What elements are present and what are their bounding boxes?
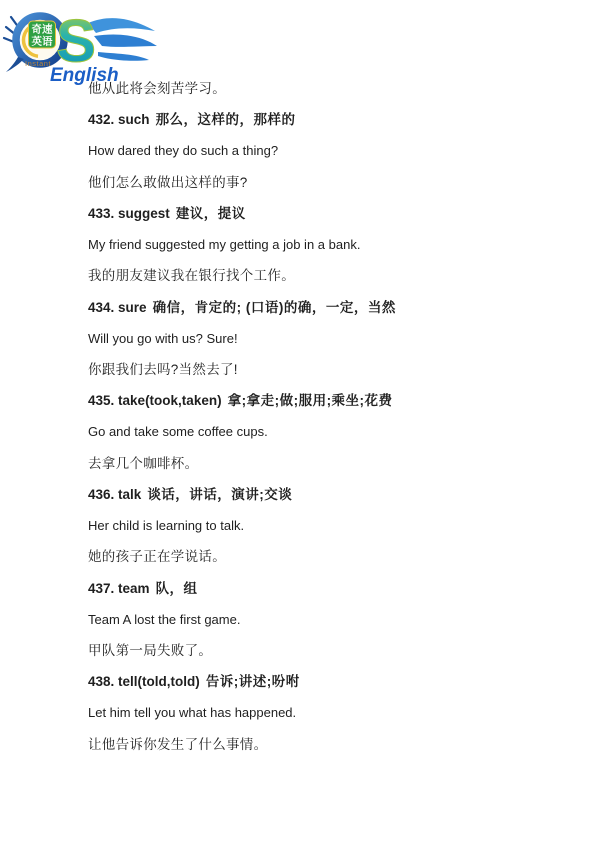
entry-word: talk	[118, 487, 141, 502]
example-chinese: 去拿几个咖啡杯。	[88, 448, 568, 479]
example-english: How dared they do such a thing?	[88, 135, 568, 166]
entry-number: 433.	[88, 206, 114, 221]
entry-heading: 436. talk谈话，讲话，演讲;交谈	[88, 479, 568, 510]
brand-badge: 奇速 英语	[29, 21, 56, 48]
document-page: 奇速 英语 S Instant English 他从此将会刻苦学习。 432. …	[0, 0, 596, 842]
vocab-list: 他从此将会刻苦学习。 432. such那么，这样的，那样的 How dared…	[88, 73, 568, 760]
entry-heading: 432. such那么，这样的，那样的	[88, 104, 568, 135]
entry-number: 434.	[88, 300, 114, 315]
entry-word: sure	[118, 300, 147, 315]
entry-definition: 建议，提议	[176, 206, 246, 221]
example-english: My friend suggested my getting a job in …	[88, 229, 568, 260]
example-chinese: 我的朋友建议我在银行找个工作。	[88, 260, 568, 291]
entry-definition: 那么，这样的，那样的	[156, 112, 296, 127]
entry-number: 436.	[88, 487, 114, 502]
brand-badge-line1: 奇速	[32, 23, 53, 36]
entry-heading: 433. suggest建议，提议	[88, 198, 568, 229]
example-english: Her child is learning to talk.	[88, 510, 568, 541]
flame-trail-icon	[88, 18, 157, 61]
entry-definition: 告诉;讲述;吩咐	[206, 674, 300, 689]
entry-definition: 确信，肯定的; (口语)的确，一定，当然	[153, 300, 396, 315]
example-chinese: 他们怎么敢做出这样的事?	[88, 167, 568, 198]
entry-heading: 437. team队，组	[88, 573, 568, 604]
entry-definition: 拿;拿走;做;服用;乘坐;花费	[228, 393, 393, 408]
brand-badge-line2: 英语	[32, 35, 53, 48]
entry-number: 437.	[88, 581, 114, 596]
example-chinese: 甲队第一局失败了。	[88, 635, 568, 666]
example-chinese: 她的孩子正在学说话。	[88, 541, 568, 572]
entry-definition: 谈话，讲话，演讲;交谈	[147, 487, 292, 502]
entry-heading: 434. sure确信，肯定的; (口语)的确，一定，当然	[88, 292, 568, 323]
entry-word: team	[118, 581, 150, 596]
logo-instant-text: Instant	[25, 59, 51, 68]
example-english: Team A lost the first game.	[88, 604, 568, 635]
entry-word: take(took,taken)	[118, 393, 222, 408]
example-english: Will you go with us? Sure!	[88, 323, 568, 354]
entry-number: 435.	[88, 393, 114, 408]
entry-definition: 队，组	[156, 581, 198, 596]
entry-word: tell(told,told)	[118, 674, 200, 689]
entry-number: 432.	[88, 112, 114, 127]
example-chinese: 让他告诉你发生了什么事情。	[88, 729, 568, 760]
entry-heading: 438. tell(told,told)告诉;讲述;吩咐	[88, 666, 568, 697]
entry-word: suggest	[118, 206, 170, 221]
entry-heading: 435. take(took,taken)拿;拿走;做;服用;乘坐;花费	[88, 385, 568, 416]
entry-number: 438.	[88, 674, 114, 689]
entry-word: such	[118, 112, 150, 127]
continued-translation: 他从此将会刻苦学习。	[88, 73, 568, 104]
example-english: Let him tell you what has happened.	[88, 697, 568, 728]
example-english: Go and take some coffee cups.	[88, 416, 568, 447]
example-chinese: 你跟我们去吗?当然去了!	[88, 354, 568, 385]
